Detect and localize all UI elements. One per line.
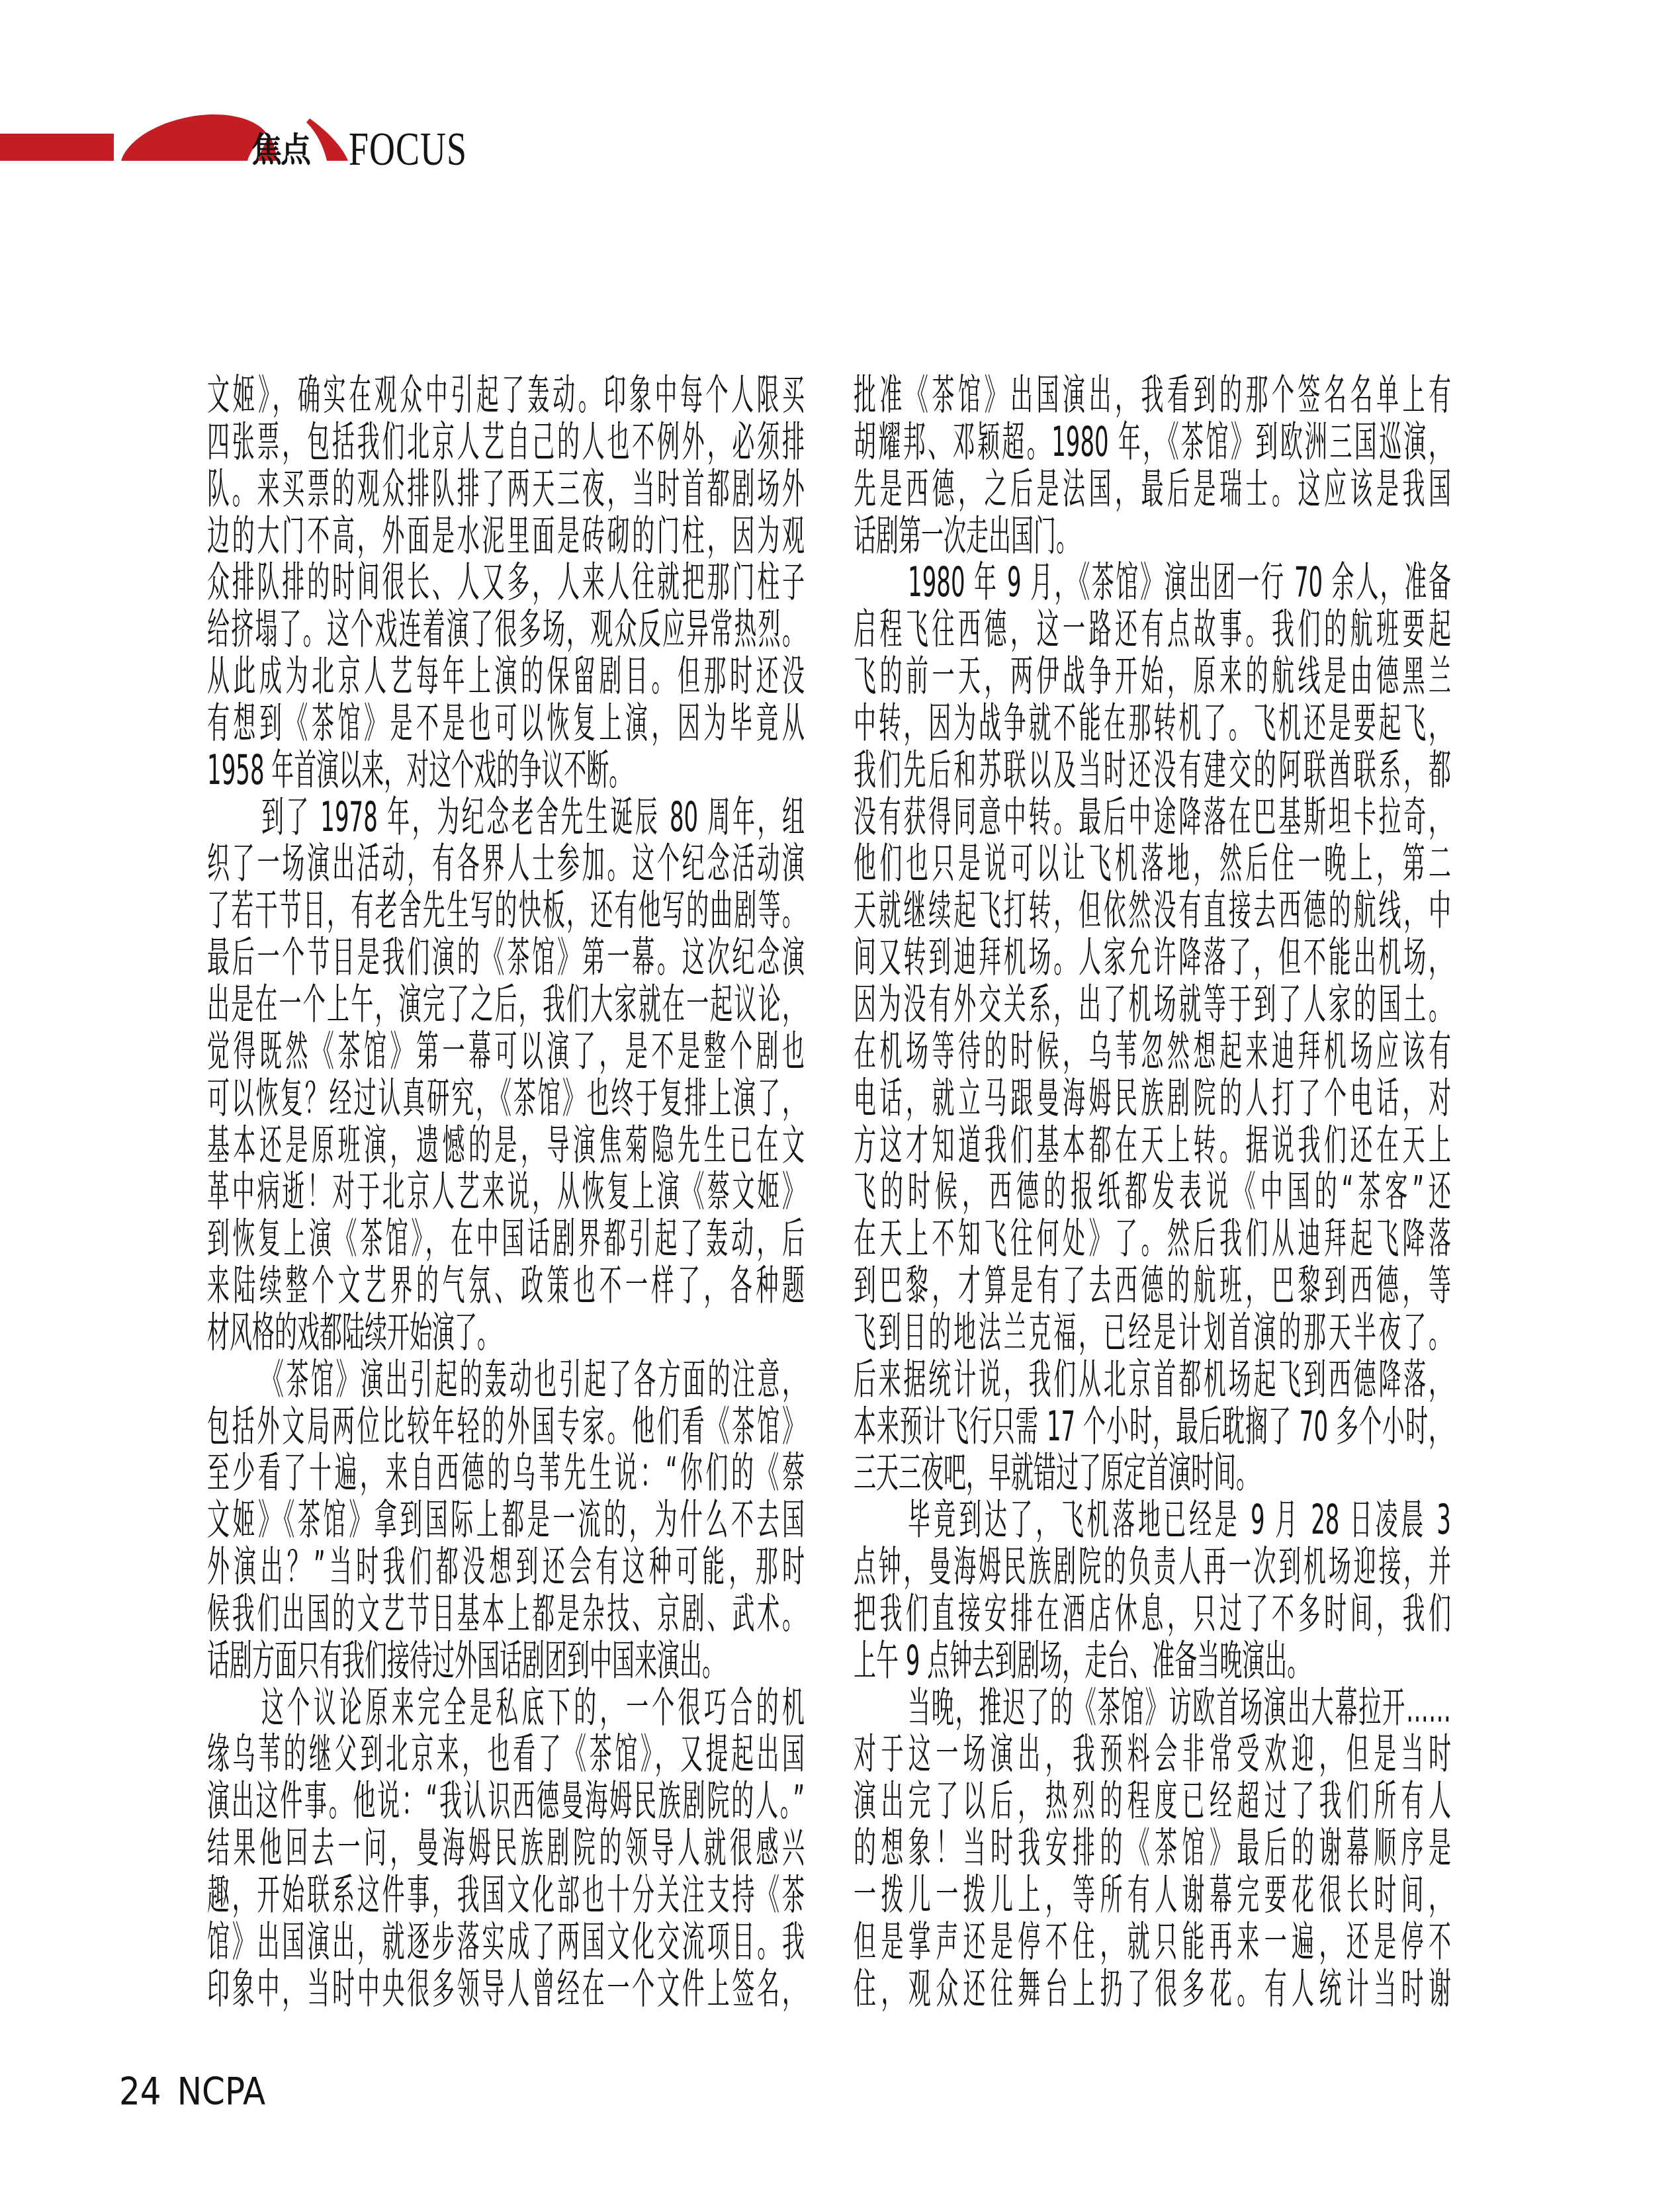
article-column-right: 批准《茶馆》出国演出，我看到的那个签名名单上有胡耀邦、邓颖超。1980 年，《茶… [854,372,1451,2013]
logo-arch-icon [121,114,265,161]
section-title-cn: 焦点 [251,130,310,169]
magazine-page: 焦点 FOCUS 文姬》，确实在观众中引起了轰动。印象中每个人限买四张票，包括我… [0,0,1680,2188]
logo-swoosh-icon [306,118,348,161]
page-number: 24 [119,2070,161,2114]
page-footer: 24NCPA [119,2071,265,2113]
text-line: 印象中，当时中央很多领导人曾经在一个文件上签名， [207,1947,805,2033]
text-line: 住，观众还往舞台上扔了很多花。有人统计当时谢 [854,1947,1451,2033]
header-red-bar [0,134,114,161]
brand-label: NCPA [177,2070,265,2114]
section-title-en: FOCUS [349,122,467,176]
article-column-left: 文姬》，确实在观众中引起了轰动。印象中每个人限买四张票，包括我们北京人艺自己的人… [207,372,805,2013]
